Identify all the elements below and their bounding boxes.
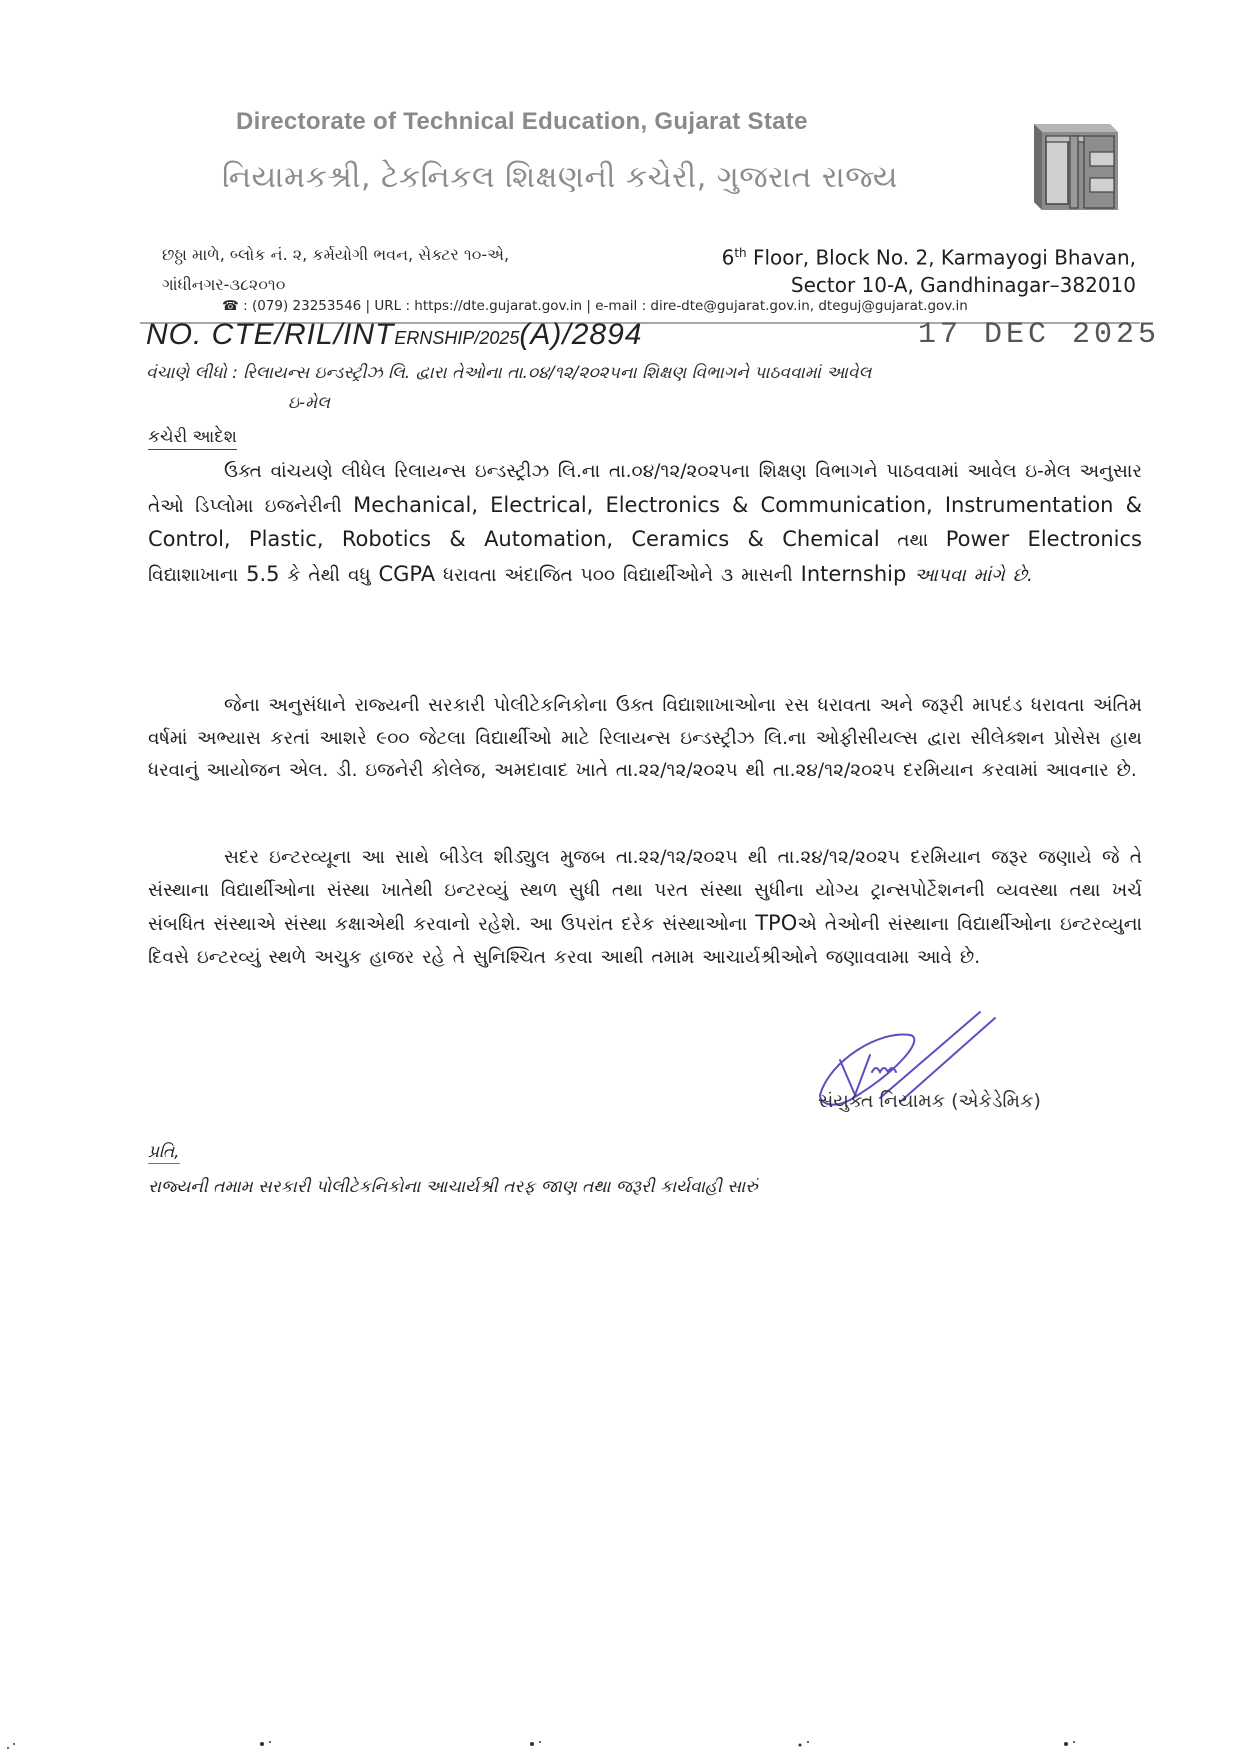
- address-english-rest: Floor, Block No. 2, Karmayogi Bhavan,: [747, 246, 1136, 270]
- ref-number-tail: (A)/2894: [519, 318, 642, 351]
- tpo-label: TPO: [755, 911, 797, 935]
- cgpa-value: 5.5: [246, 562, 279, 586]
- scan-artifacts: [0, 1720, 1240, 1754]
- paragraph-2: જેના અનુસંધાને રાજ્યની સરકારી પોલીટેકનિક…: [148, 690, 1142, 788]
- ref-number-small: ERNSHIP/2025: [394, 328, 519, 348]
- dte-logo-icon: [1032, 122, 1120, 212]
- floor-suffix: th: [734, 246, 746, 260]
- para1-text-c: વિદ્યાશાખાના: [148, 565, 246, 586]
- branch-power-electronics: Power Electronics: [946, 527, 1142, 551]
- paragraph-3: સદર ઇન્ટરવ્યૂના આ સાથે બીડેલ શીડ્યુલ મુજ…: [148, 842, 1142, 974]
- para1-text-b: તથા: [880, 530, 946, 551]
- internship-label: Internship: [801, 562, 907, 586]
- para1-text-e: ધરાવતા અંદાજિત ૫૦૦ વિદ્યાર્થીઓને ૩ માસની: [435, 565, 801, 586]
- subject-line1: વંચાણે લીધો : રિલાયન્સ ઇન્ડસ્ટ્રીઝ લિ. દ…: [146, 363, 871, 383]
- floor-number: 6: [722, 246, 735, 270]
- distribution-heading: પ્રતિ,: [148, 1142, 180, 1164]
- para1-text-d: કે તેથી વધુ: [280, 565, 379, 586]
- subject-line2: ઇ-મેલ: [146, 388, 1146, 418]
- cgpa-label: CGPA: [378, 562, 435, 586]
- address-english: 6th Floor, Block No. 2, Karmayogi Bhavan…: [722, 240, 1136, 299]
- address-gujarati: છઠ્ઠા માળે, બ્લોક નં. ૨, કર્મયોગી ભવન, સ…: [162, 240, 509, 300]
- address-gujarati-line2: ગાંધીનગર-૩૮૨૦૧૦: [162, 270, 509, 300]
- org-name-english: Directorate of Technical Education, Guja…: [236, 108, 808, 136]
- address-english-line1: 6th Floor, Block No. 2, Karmayogi Bhavan…: [722, 240, 1136, 272]
- para1-text-f: આપવા માંગે છે.: [906, 565, 1033, 586]
- ref-number-main: NO. CTE/RIL/INT: [146, 318, 394, 351]
- signatory-designation: સંયુક્ત નિયામક (એકેડેમિક): [818, 1090, 1041, 1112]
- org-name-gujarati: નિયામકશ્રી, ટેકનિકલ શિક્ષણની કચેરી, ગુજર…: [222, 160, 898, 195]
- office-order-title: કચેરી આદેશ: [148, 427, 237, 450]
- address-english-line2: Sector 10-A, Gandhinagar–382010: [722, 272, 1136, 299]
- distribution-recipients: રાજ્યની તમામ સરકારી પોલીટેકનિકોના આચાર્ય…: [148, 1177, 758, 1197]
- reference-number: NO. CTE/RIL/INTERNSHIP/2025(A)/2894: [146, 318, 643, 352]
- contact-line: ☎ : (079) 23253546 | URL : https://dte.g…: [222, 298, 968, 314]
- date-stamp: 17 DEC 2025: [918, 318, 1160, 352]
- address-gujarati-line1: છઠ્ઠા માળે, બ્લોક નં. ૨, કર્મયોગી ભવન, સ…: [162, 240, 509, 270]
- subject-reference: વંચાણે લીધો : રિલાયન્સ ઇન્ડસ્ટ્રીઝ લિ. દ…: [146, 358, 1146, 418]
- paragraph-1: ઉક્ત વાંચયણે લીધેલ રિલાયન્સ ઇન્ડસ્ટ્રીઝ …: [148, 456, 1142, 592]
